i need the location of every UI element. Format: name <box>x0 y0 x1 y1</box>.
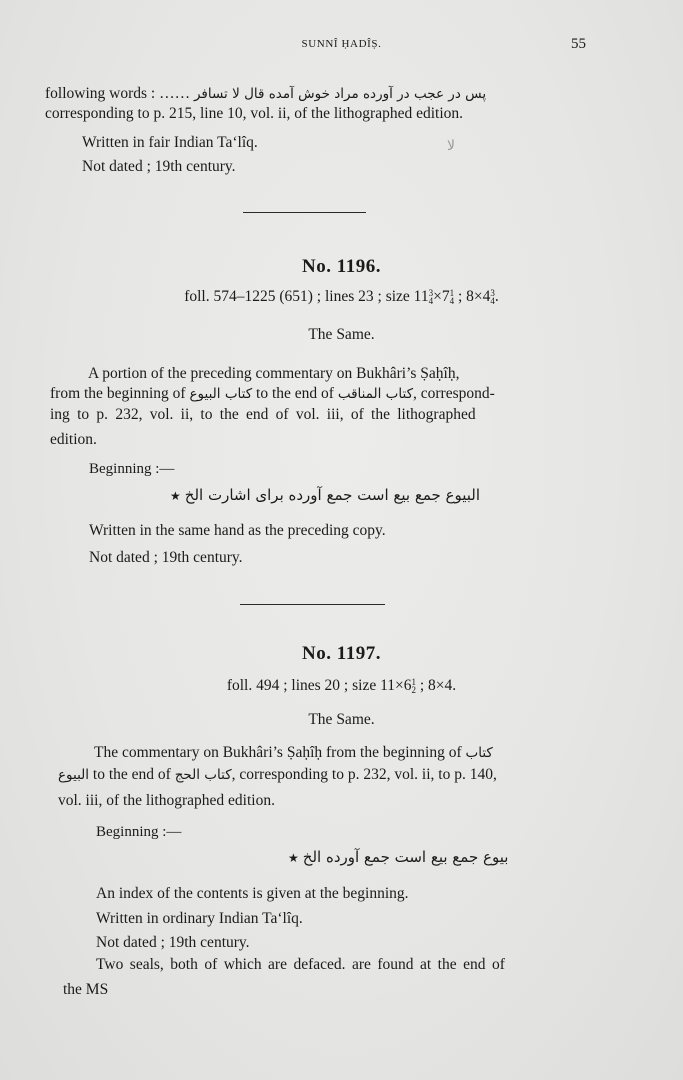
beginning-quote: ★ بیوع جمع بیع است جمع آورده الخ <box>288 848 568 867</box>
note-line: Written in the same hand as the precedin… <box>89 521 386 541</box>
end-marker: ★ <box>170 489 181 503</box>
description-line: A portion of the preceding commentary on… <box>88 364 460 384</box>
note-line: the MS <box>63 980 108 1000</box>
arabic-title: كتاب المناقب <box>338 386 413 402</box>
note-line: Written in ordinary Indian Ta‘lîq. <box>96 909 303 929</box>
page-number: 55 <box>571 36 586 53</box>
description-text: to the end of <box>93 766 171 783</box>
description-line: edition. <box>50 430 97 450</box>
entry-title: The Same. <box>0 711 683 729</box>
arabic-quote: پس در عجب در آورده مراد خوش آمده قال لا … <box>194 86 486 102</box>
description-line: البيوع to the end of كتاب الحج, correspo… <box>58 765 497 785</box>
note-line: Two seals, both of which are defaced. ar… <box>96 955 505 975</box>
arabic-title: البيوع <box>58 767 89 783</box>
continuation-line-1: following words : …… پس در عجب در آورده … <box>45 84 486 104</box>
note-line: Not dated ; 19th century. <box>89 548 243 568</box>
collation-text: foll. 494 ; lines 20 ; size 11×6 <box>227 677 412 694</box>
entry-number: No. 1196. <box>0 256 683 278</box>
beginning-label: Beginning :— <box>89 459 174 479</box>
description-text: , correspond- <box>413 385 495 402</box>
continuation-prefix: following words : …… <box>45 85 190 102</box>
description-line: ing to p. 232, vol. ii, to the end of vo… <box>50 405 476 425</box>
continuation-date-note: Not dated ; 19th century. <box>82 157 236 177</box>
collation-text: foll. 574–1225 (651) ; lines 23 ; size 1… <box>184 288 428 305</box>
note-line: Not dated ; 19th century. <box>96 933 250 953</box>
section-divider <box>243 212 366 213</box>
arabic-title: كتاب البيوع <box>189 386 252 402</box>
description-text: The commentary on Bukhâri’s Ṣaḥîḥ from t… <box>94 744 462 761</box>
continuation-script-note: Written in fair Indian Ta‘lîq. <box>82 133 258 153</box>
description-line: The commentary on Bukhâri’s Ṣaḥîḥ from t… <box>94 743 493 763</box>
entry-collation: foll. 494 ; lines 20 ; size 11×612 ; 8×4… <box>0 677 683 695</box>
description-text: to the end of <box>256 385 334 402</box>
end-marker: ★ <box>288 851 299 865</box>
description-line: vol. iii, of the lithographed edition. <box>58 791 275 811</box>
description-text: from the beginning of <box>50 385 186 402</box>
beginning-quote: ★ البیوع جمع بیع است جمع آورده برای اشار… <box>170 486 550 505</box>
entry-title: The Same. <box>0 326 683 344</box>
note-line: An index of the contents is given at the… <box>96 884 409 904</box>
entry-number: No. 1197. <box>0 643 683 665</box>
arabic-title: كتاب <box>466 745 493 761</box>
ink-smudge: ﻻ <box>447 138 455 155</box>
description-line: from the beginning of كتاب البيوع to the… <box>50 384 495 404</box>
collation-text: . <box>495 288 499 305</box>
collation-text: ×7 <box>433 288 450 305</box>
description-text: , corresponding to p. 232, vol. ii, to p… <box>232 766 497 783</box>
beginning-label: Beginning :— <box>96 822 181 842</box>
document-page: SUNNÎ ḤADÎṢ. 55 following words : …… پس … <box>0 0 683 1080</box>
arabic-title: كتاب الحج <box>175 767 232 783</box>
entry-collation: foll. 574–1225 (651) ; lines 23 ; size 1… <box>0 288 683 306</box>
arabic-beginning: البیوع جمع بیع است جمع آورده برای اشارت … <box>185 486 480 504</box>
continuation-line-2: corresponding to p. 215, line 10, vol. i… <box>45 104 463 124</box>
collation-text: ; 8×4. <box>416 677 456 694</box>
section-divider <box>240 604 385 605</box>
collation-text: ; 8×4 <box>454 288 490 305</box>
arabic-beginning: بیوع جمع بیع است جمع آورده الخ <box>303 848 509 866</box>
